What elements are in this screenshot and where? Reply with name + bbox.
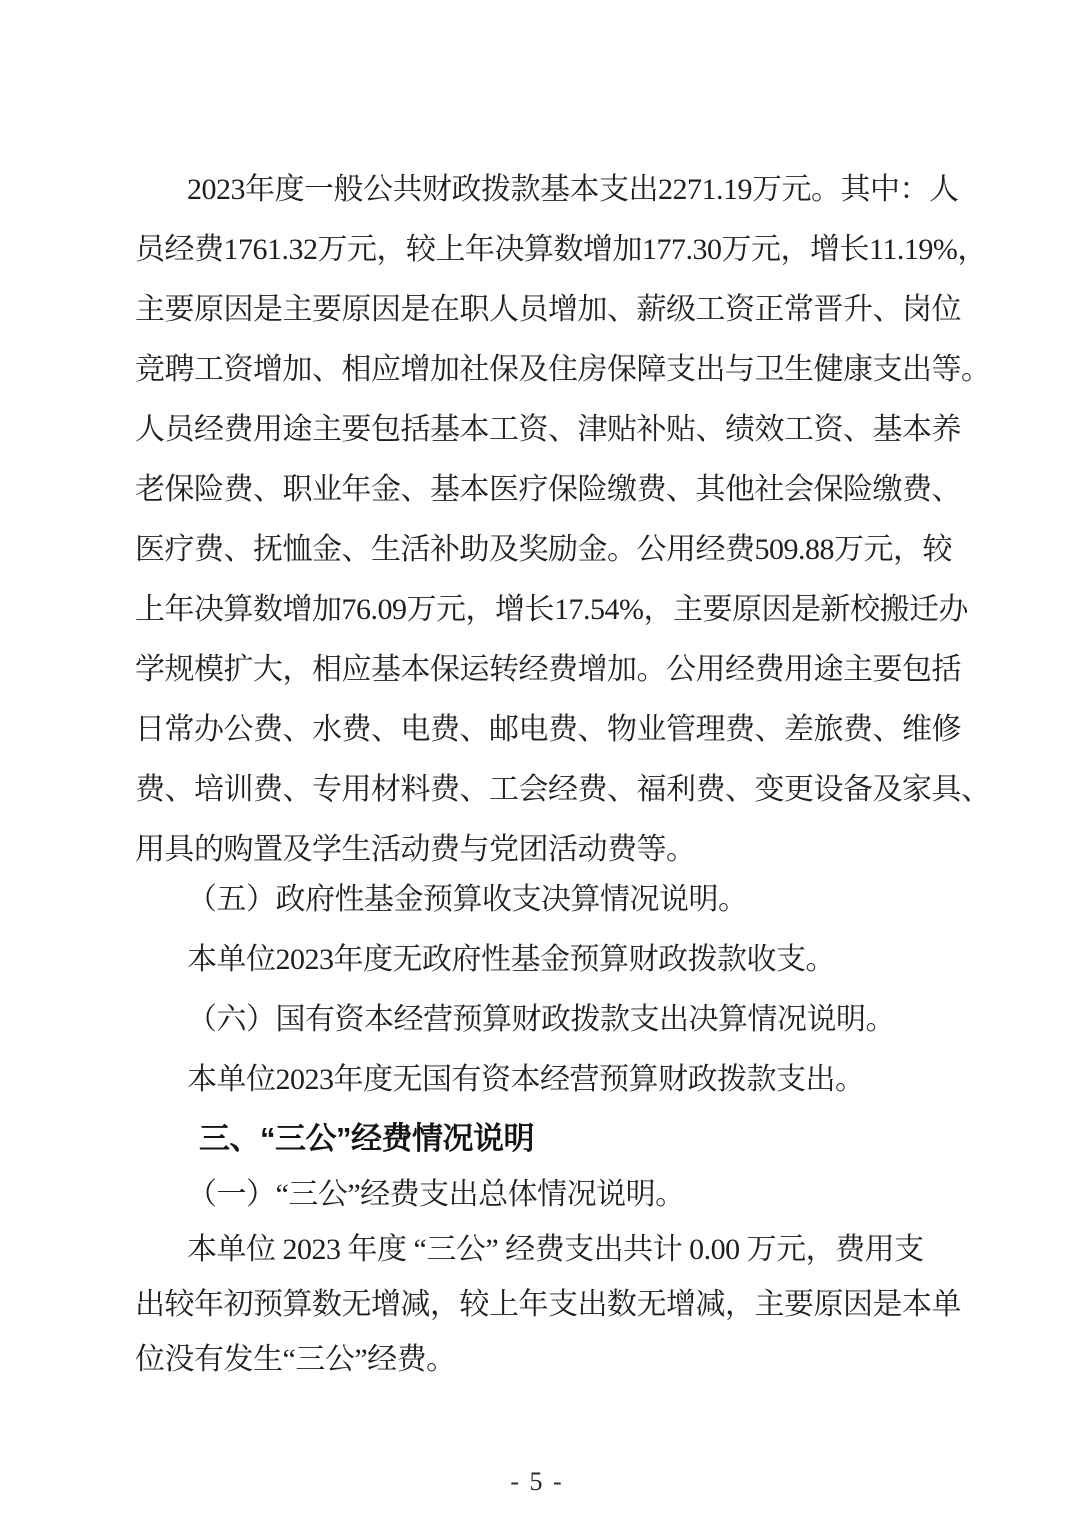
paragraph-line: 出较年初预算数无增减，较上年支出数无增减，主要原因是本单	[135, 1277, 947, 1332]
paragraph-line: 本单位2023年度无政府性基金预算财政拨款收支。	[135, 930, 947, 990]
paragraph-line: 本单位 2023 年度 “三公” 经费支出共计 0.00 万元，费用支	[135, 1222, 947, 1277]
paragraph-line: 本单位2023年度无国有资本经营预算财政拨款支出。	[135, 1050, 947, 1110]
paragraph-line: 医疗费、抚恤金、生活补助及奖励金。公用经费509.88万元，较	[135, 520, 947, 580]
paragraph-line: 上年决算数增加76.09万元，增长17.54%，主要原因是新校搬迁办	[135, 580, 947, 640]
paragraph-line: 日常办公费、水费、电费、邮电费、物业管理费、差旅费、维修	[135, 700, 947, 760]
chapter-heading-three-public: 三、“三公”经费情况说明	[135, 1110, 947, 1167]
section-heading-6: （六）国有资本经营预算财政拨款支出决算情况说明。	[135, 990, 947, 1050]
paragraph-line: 老保险费、职业年金、基本医疗保险缴费、其他社会保险缴费、	[135, 460, 947, 520]
page-footer: - 5 -	[0, 1462, 1074, 1502]
section-heading-5: （五）政府性基金预算收支决算情况说明。	[135, 870, 947, 930]
document-page: 2023年度一般公共财政拨款基本支出2271.19万元。其中：人 员经费1761…	[0, 0, 1074, 1520]
section-heading-1: （一）“三公”经费支出总体情况说明。	[135, 1167, 947, 1222]
paragraph-line: 主要原因是主要原因是在职人员增加、薪级工资正常晋升、岗位	[135, 280, 947, 340]
paragraph-line: 员经费1761.32万元，较上年决算数增加177.30万元，增长11.19%，	[135, 220, 947, 280]
paragraph-line: 竞聘工资增加、相应增加社保及住房保障支出与卫生健康支出等。	[135, 340, 947, 400]
paragraph-line: 学规模扩大，相应基本保运转经费增加。公用经费用途主要包括	[135, 640, 947, 700]
paragraph-line: 位没有发生“三公”经费。	[135, 1332, 947, 1387]
paragraph-line: 费、培训费、专用材料费、工会经费、福利费、变更设备及家具、	[135, 760, 947, 820]
paragraph-line: 2023年度一般公共财政拨款基本支出2271.19万元。其中：人	[135, 160, 947, 220]
page-number: - 5 -	[510, 1467, 563, 1496]
paragraph-line: 人员经费用途主要包括基本工资、津贴补贴、绩效工资、基本养	[135, 400, 947, 460]
document-body: 2023年度一般公共财政拨款基本支出2271.19万元。其中：人 员经费1761…	[135, 160, 947, 1387]
